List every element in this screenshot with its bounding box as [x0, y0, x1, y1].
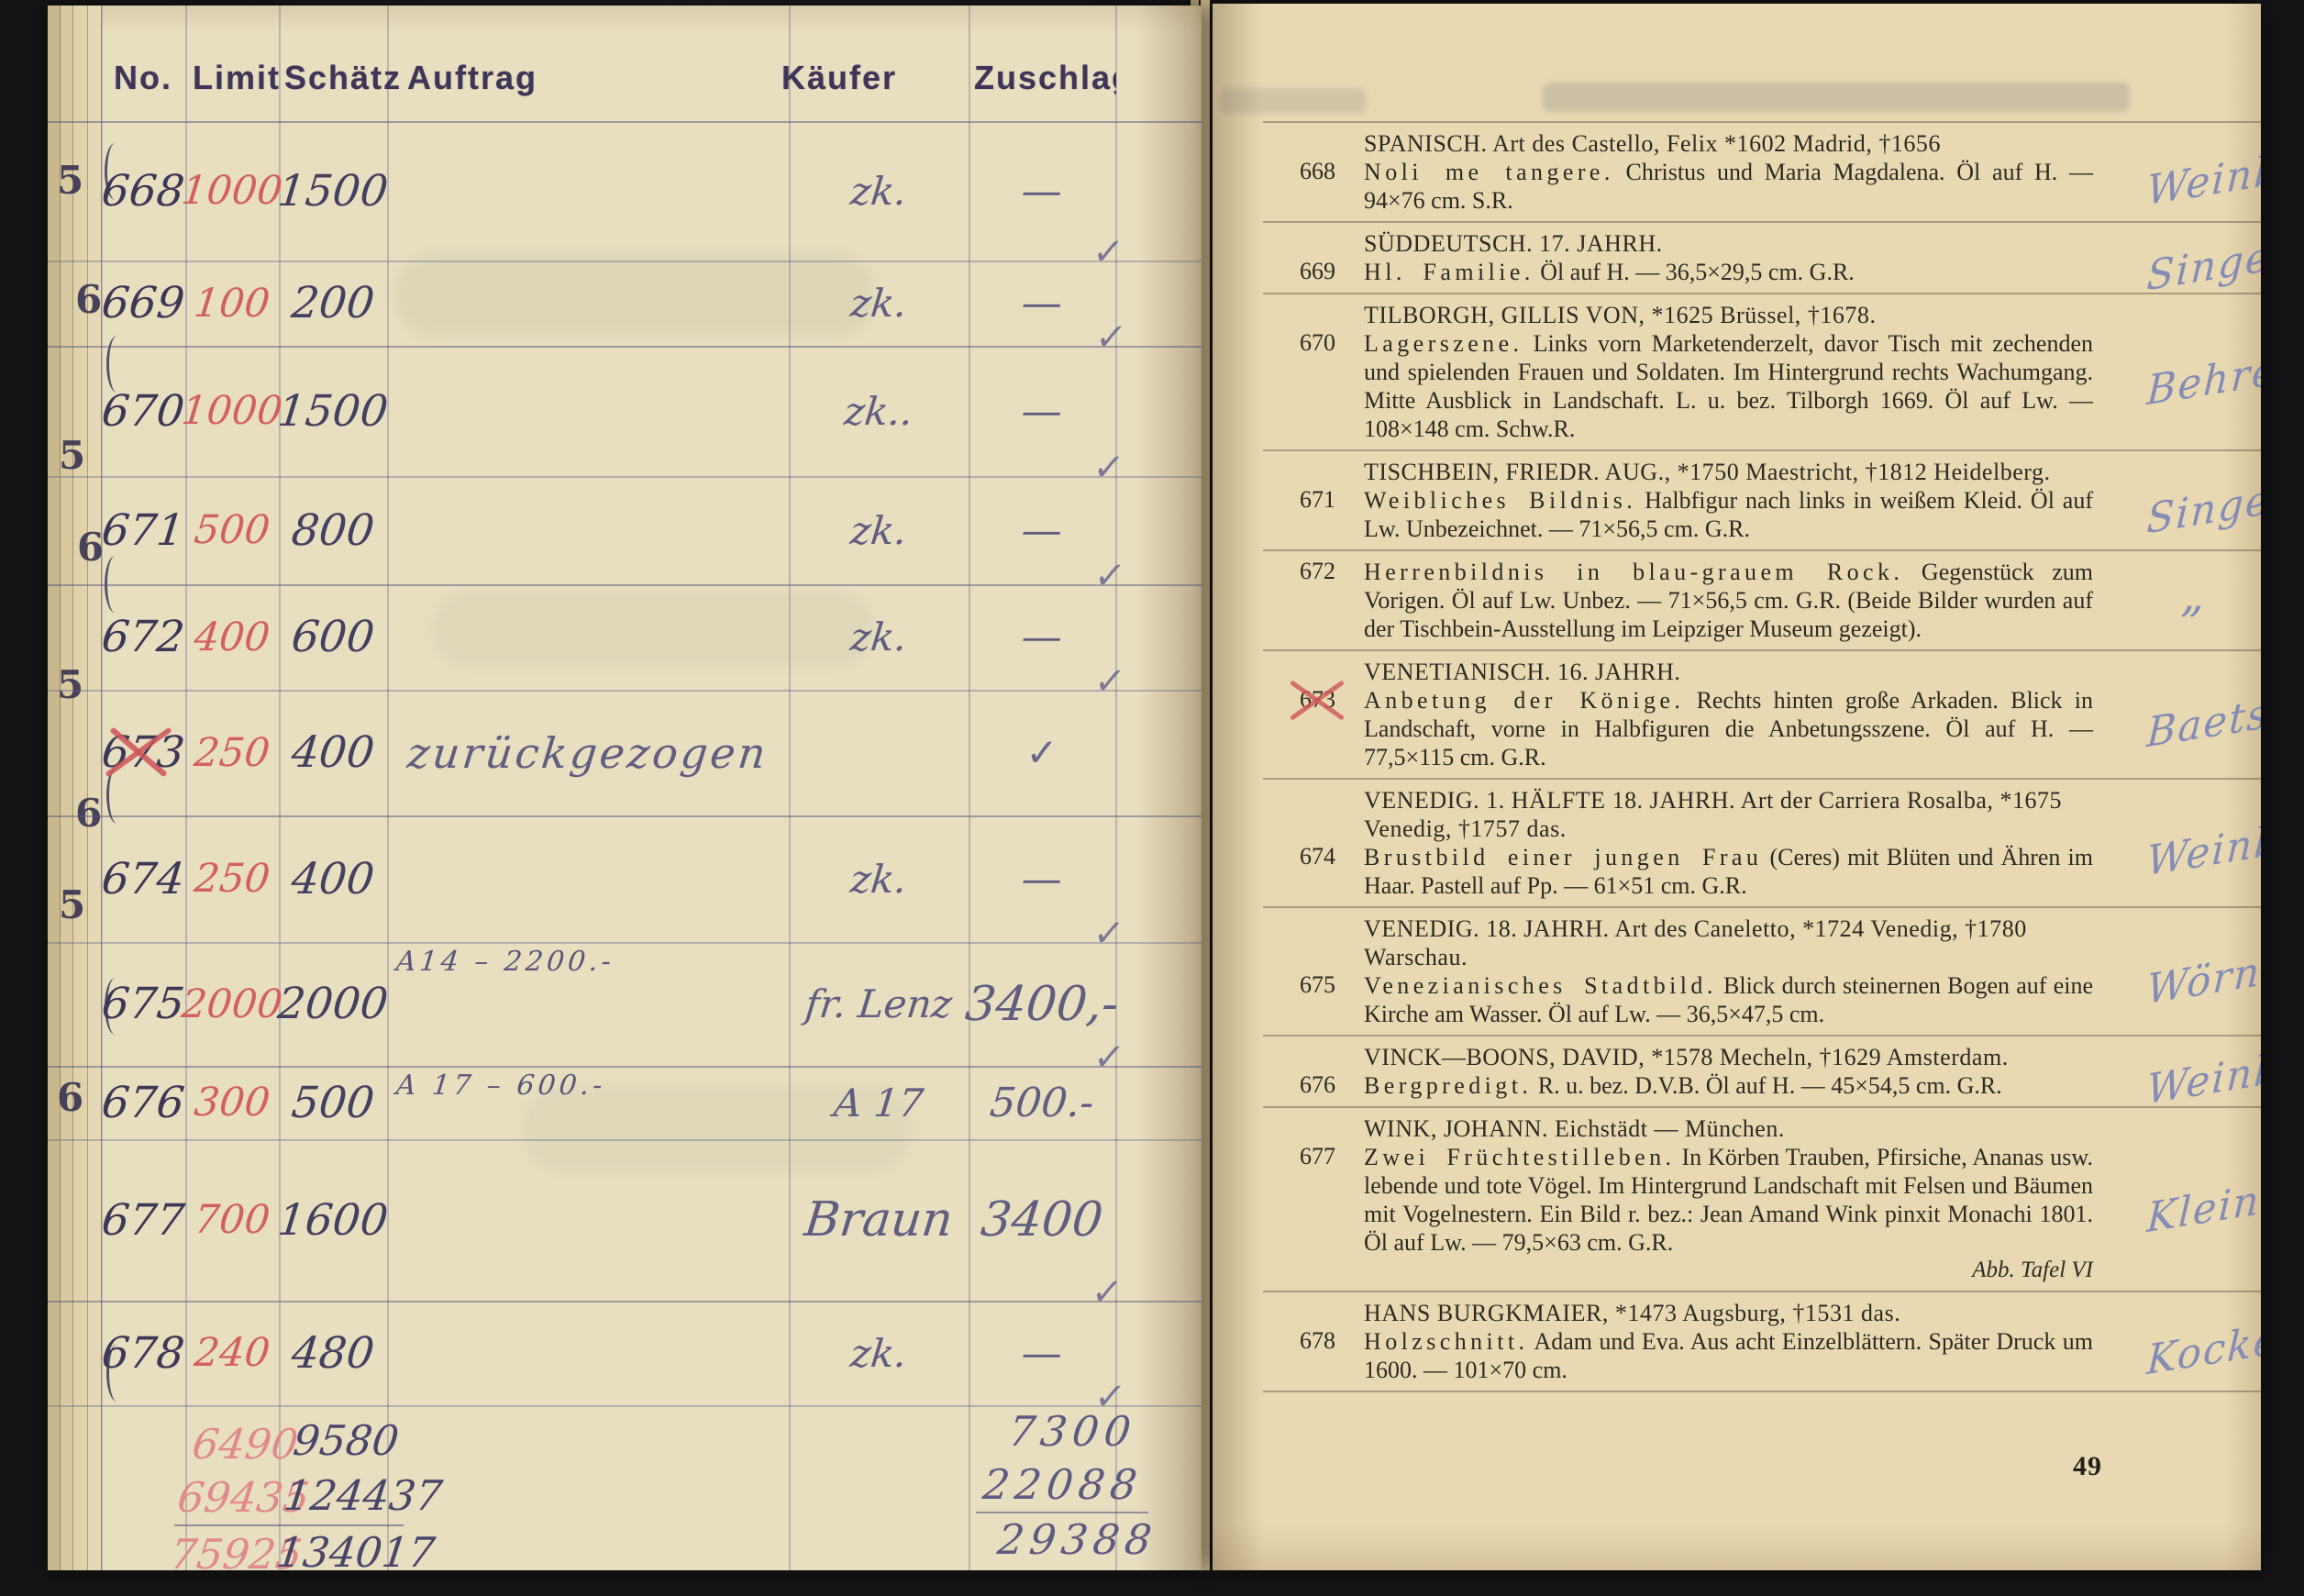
entry-body: Anbetung der Könige. Rechts hinten große… [1364, 686, 2093, 771]
estimate-value: 1500 [271, 121, 394, 260]
hammer-price: —✓ [964, 260, 1120, 346]
hammer-grand-total: 29388 [995, 1515, 1160, 1564]
catalogue-entry: TISCHBEIN, FRIEDR. AUG., *1750 Maestrich… [1263, 449, 2261, 549]
hammer-price: —✓ [962, 815, 1123, 942]
catalogue-entry: VENEDIG. 18. JAHRH. Art des Caneletto, *… [1263, 906, 2261, 1035]
entry-title: Hl. Familie. [1364, 259, 1534, 285]
buyer-value: zk. [783, 476, 974, 584]
catalogue-entries: SPANISCH. Art des Castello, Felix *1602 … [1263, 121, 2261, 1392]
lot-number: 668 [94, 121, 193, 260]
page-number: 49 [2073, 1451, 2102, 1482]
lot-number: 671 [95, 476, 191, 584]
sum-line [174, 1524, 404, 1526]
buyer-value: A 17 [785, 1066, 972, 1139]
hammer-text: — [1019, 1330, 1064, 1377]
buyer-margin-name: Weinberger [2145, 801, 2261, 886]
hammer-text: 500.- [988, 1080, 1096, 1126]
entry-body: Weibliches Bildnis. Halbfigur nach links… [1364, 486, 2093, 543]
order-note: A 17 – 600.- [387, 1066, 789, 1139]
entry-body: Brustbild einer jungen Frau (Ceres) mit … [1364, 843, 2093, 900]
entry-title: Bergpredigt. [1364, 1072, 1532, 1099]
hammer-subtotal: 7300 [1006, 1407, 1139, 1456]
lot-number-crossed: 673 [94, 690, 192, 815]
lot-number: 672 [95, 584, 191, 690]
lot-number: 674 [1300, 843, 1335, 870]
buyer-margin-name: Behrens [2145, 329, 2261, 415]
estimate-value: 400 [272, 815, 394, 942]
buyer-margin-name: Weinberger [2145, 129, 2261, 215]
plate-reference: Abb. Tafel VI [1364, 1257, 2093, 1284]
catalogue-entry: VENEDIG. 1. HÄLFTE 18. JAHRH. Art der Ca… [1263, 778, 2261, 906]
ink-smudge [1220, 88, 1367, 114]
limit-value: 400 [180, 584, 284, 690]
lot-number: 669 [1300, 258, 1335, 285]
hammer-text: — [1019, 614, 1064, 660]
limit-subtotal: 6490 [190, 1420, 301, 1469]
buyer-margin-name: Singewald [2145, 216, 2261, 301]
lot-number: 671 [1300, 486, 1335, 514]
entry-title: Noli me tangere. [1364, 159, 1614, 185]
hammer-text: — [1019, 168, 1064, 215]
limit-value: 300 [182, 1066, 282, 1139]
entry-title: Lagerszene. [1364, 330, 1523, 357]
column-header-kaeufer: Käufer [781, 59, 897, 97]
artist-line: SPANISCH. Art des Castello, Felix *1602 … [1364, 129, 2093, 158]
hammer-price: 3400✓ [960, 1139, 1124, 1301]
entry-body: Herrenbildnis in blau-grauem Rock. Gegen… [1364, 558, 2093, 643]
hammer-text: 3400,- [963, 977, 1122, 1032]
estimate-grand-total: 134017 [274, 1528, 438, 1570]
order-note-text: A 17 – 600.- [394, 1070, 607, 1102]
lot-number: 675 [94, 942, 192, 1066]
totals-block: 6490 69435 75925 9580 124437 134017 7300… [48, 1405, 1202, 1570]
limit-value: 700 [177, 1139, 287, 1301]
entry-body: Zwei Früchtestilleben. In Körben Trauben… [1364, 1143, 2093, 1257]
buyer-margin-name: Wörner [2145, 929, 2261, 1014]
hammer-price: —✓ [961, 121, 1123, 260]
limit-value: 1000 [179, 346, 286, 476]
entry-title: Venezianisches Stadtbild. [1364, 972, 1717, 999]
lot-number: 677 [1300, 1143, 1335, 1170]
ledger-page: 5 5 5 5 6 6 6 6 [48, 6, 1202, 1570]
entry-text: Öl auf H. — 36,5×29,5 cm. G.R. [1540, 259, 1855, 285]
artist-line: TILBORGH, GILLIS VON, *1625 Brüssel, †16… [1364, 301, 2093, 329]
hammer-price: 3400,-✓ [962, 942, 1122, 1066]
lot-number: 676 [97, 1066, 189, 1139]
limit-value: 500 [180, 476, 284, 584]
entry-body: Lagerszene. Links vorn Marketenderzelt, … [1364, 329, 2093, 443]
artist-line: VINCK—BOONS, DAVID, *1578 Mecheln, †1629… [1364, 1043, 2093, 1071]
lot-number: 674 [94, 815, 193, 942]
limit-value: 2000 [179, 942, 285, 1066]
buyer-margin-name: Baetsch [2145, 672, 2261, 758]
buyer-margin-name: Singewald [2145, 458, 2261, 543]
entry-title: Zwei Früchtestilleben. [1364, 1144, 1675, 1170]
estimate-value: 500 [275, 1066, 391, 1139]
hammer-carryover: 22088 [980, 1460, 1146, 1509]
entry-body: Hl. Familie. Öl auf H. — 36,5×29,5 cm. G… [1364, 258, 2093, 286]
hammer-text: — [1019, 507, 1064, 554]
column-header-schaetz: Schätz [284, 59, 402, 97]
artist-line: VENETIANISCH. 16. JAHRH. [1364, 658, 2093, 686]
catalogue-entry: SÜDDEUTSCH. 17. JAHRH. 669 Hl. Familie. … [1263, 221, 2261, 293]
buyer-margin-name: Klein [2145, 1157, 2261, 1242]
artist-line: HANS BURGKMAIER, *1473 Augsburg, †1531 d… [1364, 1299, 2093, 1327]
entry-title: Herrenbildnis in blau-grauem Rock. [1364, 559, 1903, 585]
estimate-value: 800 [273, 476, 393, 584]
catalogue-entry: TILBORGH, GILLIS VON, *1625 Brüssel, †16… [1263, 293, 2261, 449]
buyer-value: zk. [782, 815, 976, 942]
catalogue-page: SPANISCH. Art des Castello, Felix *1602 … [1213, 4, 2261, 1570]
buyer-margin-name: Kockella [2145, 1299, 2261, 1384]
buyer-margin-name: Weinberger [2145, 1029, 2261, 1114]
limit-value: 250 [179, 815, 286, 942]
estimate-carryover: 124437 [282, 1471, 445, 1520]
artist-line: TISCHBEIN, FRIEDR. AUG., *1750 Maestrich… [1364, 458, 2093, 486]
buyer-value: Braun [781, 1139, 977, 1301]
limit-value: 1000 [178, 121, 286, 260]
lot-number: 668 [1300, 158, 1335, 185]
artist-line: WINK, JOHANN. Eichstädt — München. [1364, 1114, 2093, 1143]
buyer-value: zk. [783, 584, 974, 690]
lot-number: 675 [1300, 971, 1335, 999]
buyer-value: zk. [781, 121, 976, 260]
hammer-price: ✓ [969, 690, 1115, 815]
column-header-zuschlag: Zuschlag [974, 59, 1116, 97]
book-scan: 5 5 5 5 6 6 6 6 [0, 0, 2304, 1596]
artist-line: VENEDIG. 18. JAHRH. Art des Caneletto, *… [1364, 914, 2093, 971]
estimate-value: 2000 [272, 942, 393, 1066]
limit-value: 240 [180, 1301, 284, 1405]
buyer-value: zk. [783, 1301, 974, 1405]
red-cross-mark [1287, 671, 1346, 730]
column-header-auftrag: Auftrag [407, 59, 537, 97]
buyer-value: fr. Lenz [782, 942, 975, 1066]
hammer-price: —✓ [963, 584, 1121, 690]
lot-number: 678 [95, 1301, 191, 1405]
ink-smudge [1543, 83, 2130, 112]
catalogue-entry: VINCK—BOONS, DAVID, *1578 Mecheln, †1629… [1263, 1035, 2261, 1106]
estimate-value: 400 [272, 690, 393, 815]
buyer-value: zk. [784, 260, 973, 346]
binding-page-edge [1201, 0, 1210, 1570]
entry-body: Holzschnitt. Adam und Eva. Aus acht Einz… [1364, 1327, 2093, 1384]
entry-body: Bergpredigt. R. u. bez. D.V.B. Öl auf H.… [1364, 1071, 2093, 1100]
hammer-price: —✓ [963, 476, 1121, 584]
artist-line: SÜDDEUTSCH. 17. JAHRH. [1364, 229, 2093, 258]
catalogue-entry: VENETIANISCH. 16. JAHRH. 673 Anbetung de… [1263, 649, 2261, 778]
lot-number: 676 [1300, 1071, 1335, 1099]
lot-number: 670 [1300, 329, 1335, 357]
hammer-text: 3400 [979, 1192, 1106, 1247]
buyer-ditto-mark: „ [2180, 569, 2261, 622]
hammer-price: —✓ [962, 346, 1123, 476]
limit-value: 250 [179, 690, 285, 815]
entry-body: Venezianisches Stadtbild. Blick durch st… [1364, 971, 2093, 1028]
order-note: A14 – 2200.- [387, 942, 789, 1066]
sum-line [976, 1512, 1148, 1513]
lot-number: 678 [1300, 1327, 1335, 1355]
lot-number: 670 [94, 346, 193, 476]
column-header-limit: Limit [193, 59, 281, 97]
hammer-price: 500.- [965, 1066, 1119, 1139]
lot-number: 672 [1300, 558, 1335, 585]
order-note-withdrawn: zurückgezogen [381, 690, 795, 815]
order-note-text: A14 – 2200.- [394, 946, 616, 978]
hammer-text: — [1019, 388, 1064, 435]
hammer-text: — [1019, 280, 1064, 327]
withdrawn-text: zurückgezogen [405, 728, 771, 778]
entry-title: Brustbild einer jungen Frau [1364, 844, 1762, 870]
lot-number: 669 [96, 260, 190, 346]
entry-title: Holzschnitt. [1364, 1328, 1528, 1355]
catalogue-entry: 672 Herrenbildnis in blau-grauem Rock. G… [1263, 549, 2261, 649]
estimate-value: 1500 [272, 346, 394, 476]
estimate-subtotal: 9580 [291, 1416, 402, 1465]
buyer-value: zk.. [782, 346, 976, 476]
estimate-value: 200 [274, 260, 392, 346]
entry-title: Weibliches Bildnis. [1364, 487, 1636, 514]
artist-line: VENEDIG. 1. HÄLFTE 18. JAHRH. Art der Ca… [1364, 786, 2093, 843]
catalogue-entry: HANS BURGKMAIER, *1473 Augsburg, †1531 d… [1263, 1291, 2261, 1391]
catalogue-entry: WINK, JOHANN. Eichstädt — München. 677 Z… [1263, 1106, 2261, 1291]
lot-number: 673 [99, 727, 186, 778]
column-header-no: No. [114, 59, 172, 97]
limit-value: 100 [181, 260, 283, 346]
hammer-text: — [1019, 856, 1064, 903]
entry-body: Noli me tangere. Christus und Maria Magd… [1364, 158, 2093, 215]
estimate-value: 480 [273, 1301, 393, 1405]
entry-text: R. u. bez. D.V.B. Öl auf H. — 45×54,5 cm… [1538, 1072, 2002, 1099]
entry-title: Anbetung der Könige. [1364, 687, 1684, 714]
estimate-value: 1600 [271, 1139, 395, 1301]
ledger-rows: 668 1000 1500 zk. —✓ 669 100 200 zk. —✓ … [48, 121, 1202, 1570]
check-mark: ✓ [1025, 730, 1058, 775]
hammer-price: —✓ [963, 1301, 1121, 1405]
catalogue-entry: SPANISCH. Art des Castello, Felix *1602 … [1263, 121, 2261, 221]
estimate-value: 600 [273, 584, 393, 690]
